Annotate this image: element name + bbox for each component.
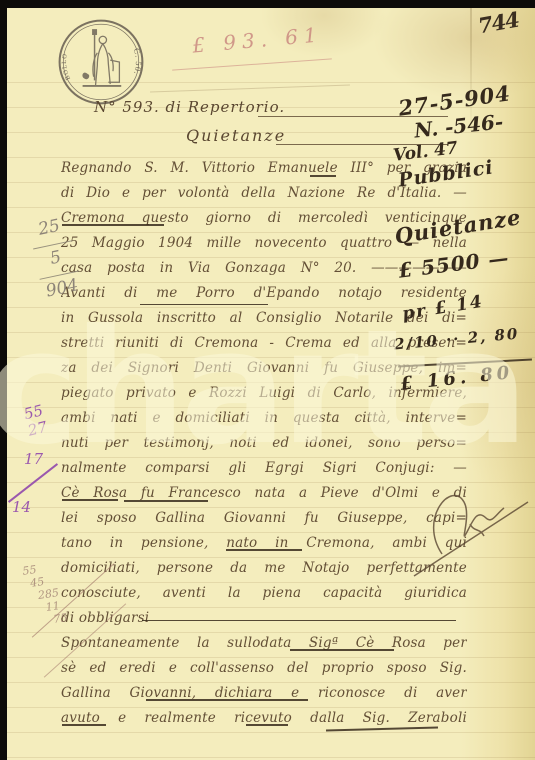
body-line: conosciute, aventi la piena capacità giu… (61, 581, 467, 606)
fill-rule (142, 620, 456, 621)
body-line: di obbligarsi (61, 606, 467, 631)
scan-background-top (0, 0, 535, 8)
underline-stroke (290, 649, 394, 651)
signature-paraph (408, 458, 534, 586)
underline-stroke (62, 724, 106, 726)
italia-figure (82, 30, 121, 86)
repertorio-heading: N° 593. di Repertorio. (94, 98, 285, 116)
pencil-number: 75 (53, 611, 69, 626)
underline-stroke (62, 499, 118, 501)
underline-stroke (124, 500, 208, 502)
body-line: nuti per testimonj, noti ed idonei, sono… (61, 431, 467, 456)
revenue-stamp-icon: C. 50. BOLLO (55, 16, 147, 108)
overline-stroke (140, 304, 268, 305)
body-line: lei sposo Gallina Giovanni fu Giuseppe, … (61, 506, 467, 531)
body-line: domiciliati, persone da me Notajo perfet… (61, 556, 467, 581)
scan-background-left (0, 0, 7, 760)
body-line: sè ed eredi e coll'assenso del proprio s… (61, 656, 467, 681)
underline-stroke (246, 724, 288, 726)
body-line: Avanti di me Porro d'Epando notajo resid… (61, 281, 467, 306)
body-line: Cè Rosa fu Francesco nata a Pieve d'Olmi… (61, 481, 467, 506)
body-line: ambi nati e domiciliati in questa città,… (61, 406, 467, 431)
underline-stroke (146, 699, 308, 701)
body-line: Gallina Giovanni, dichiara e riconosce d… (61, 681, 467, 706)
body-line: Spontaneamente la sullodata Sigª Cè Rosa… (61, 631, 467, 656)
purple-fraction-numerator: 17 (24, 450, 43, 468)
deed-title: Quietanze (186, 126, 286, 145)
document-photo: C. 50. BOLLO £ 93. 61 744 N° 593. di Rep… (0, 0, 535, 760)
underline-stroke (226, 549, 302, 551)
purple-fraction-denominator: 14 (12, 498, 31, 516)
underline-stroke (310, 175, 336, 177)
body-line: tano in pensione, nato in Cremona, ambi … (61, 531, 467, 556)
body-line: nalmente comparsi gli Egrgi Sigri Conjug… (61, 456, 467, 481)
underline-stroke (62, 224, 164, 226)
